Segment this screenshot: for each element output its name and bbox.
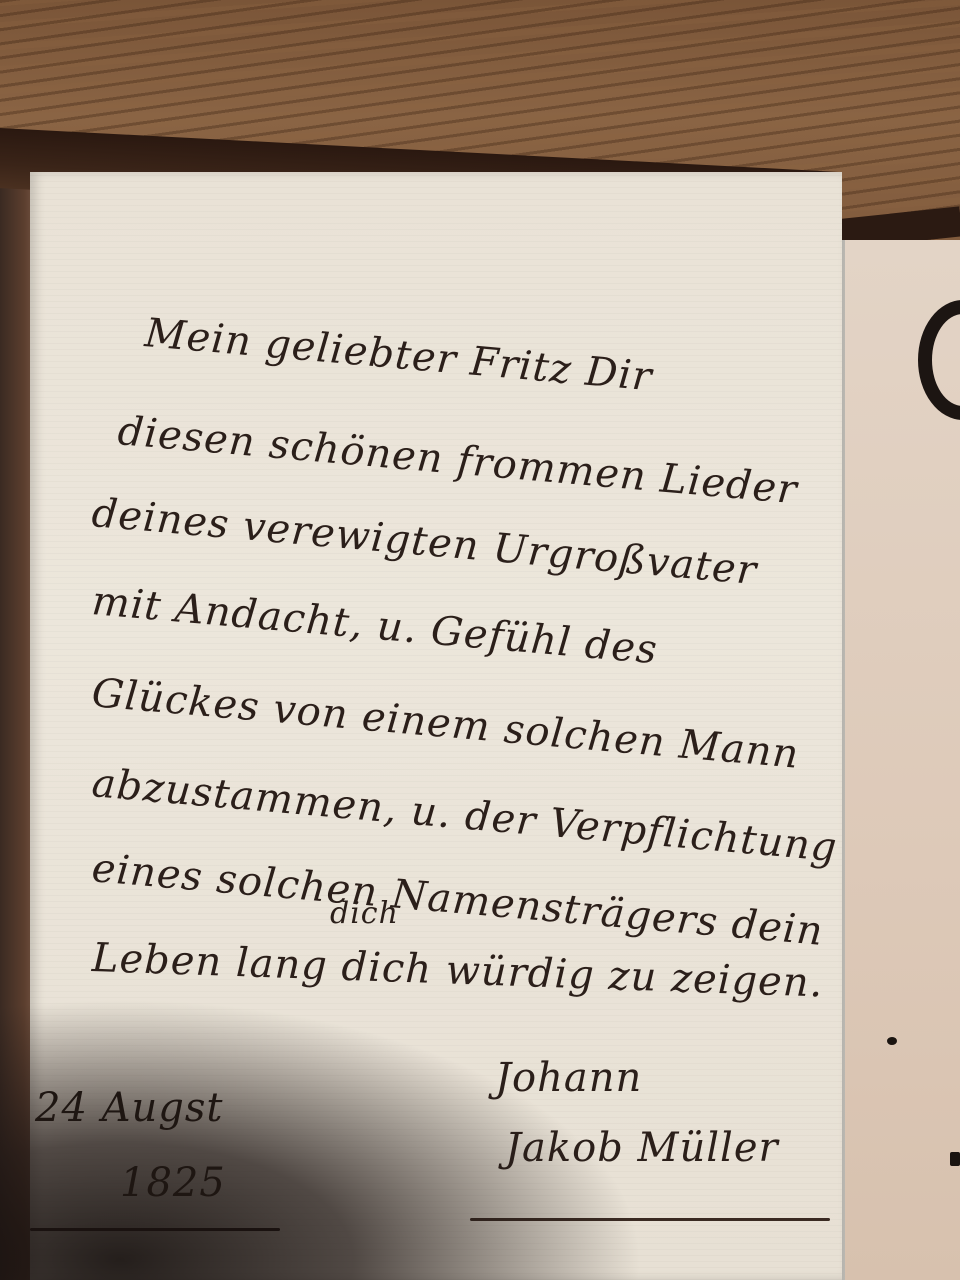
date-underline	[30, 1228, 280, 1231]
date-year: 1825	[120, 1160, 226, 1206]
ink-spot	[887, 1037, 897, 1045]
printed-mark	[950, 1152, 960, 1166]
date-day-month: 24 Augst	[35, 1085, 223, 1131]
hand-shadow	[0, 880, 880, 1280]
